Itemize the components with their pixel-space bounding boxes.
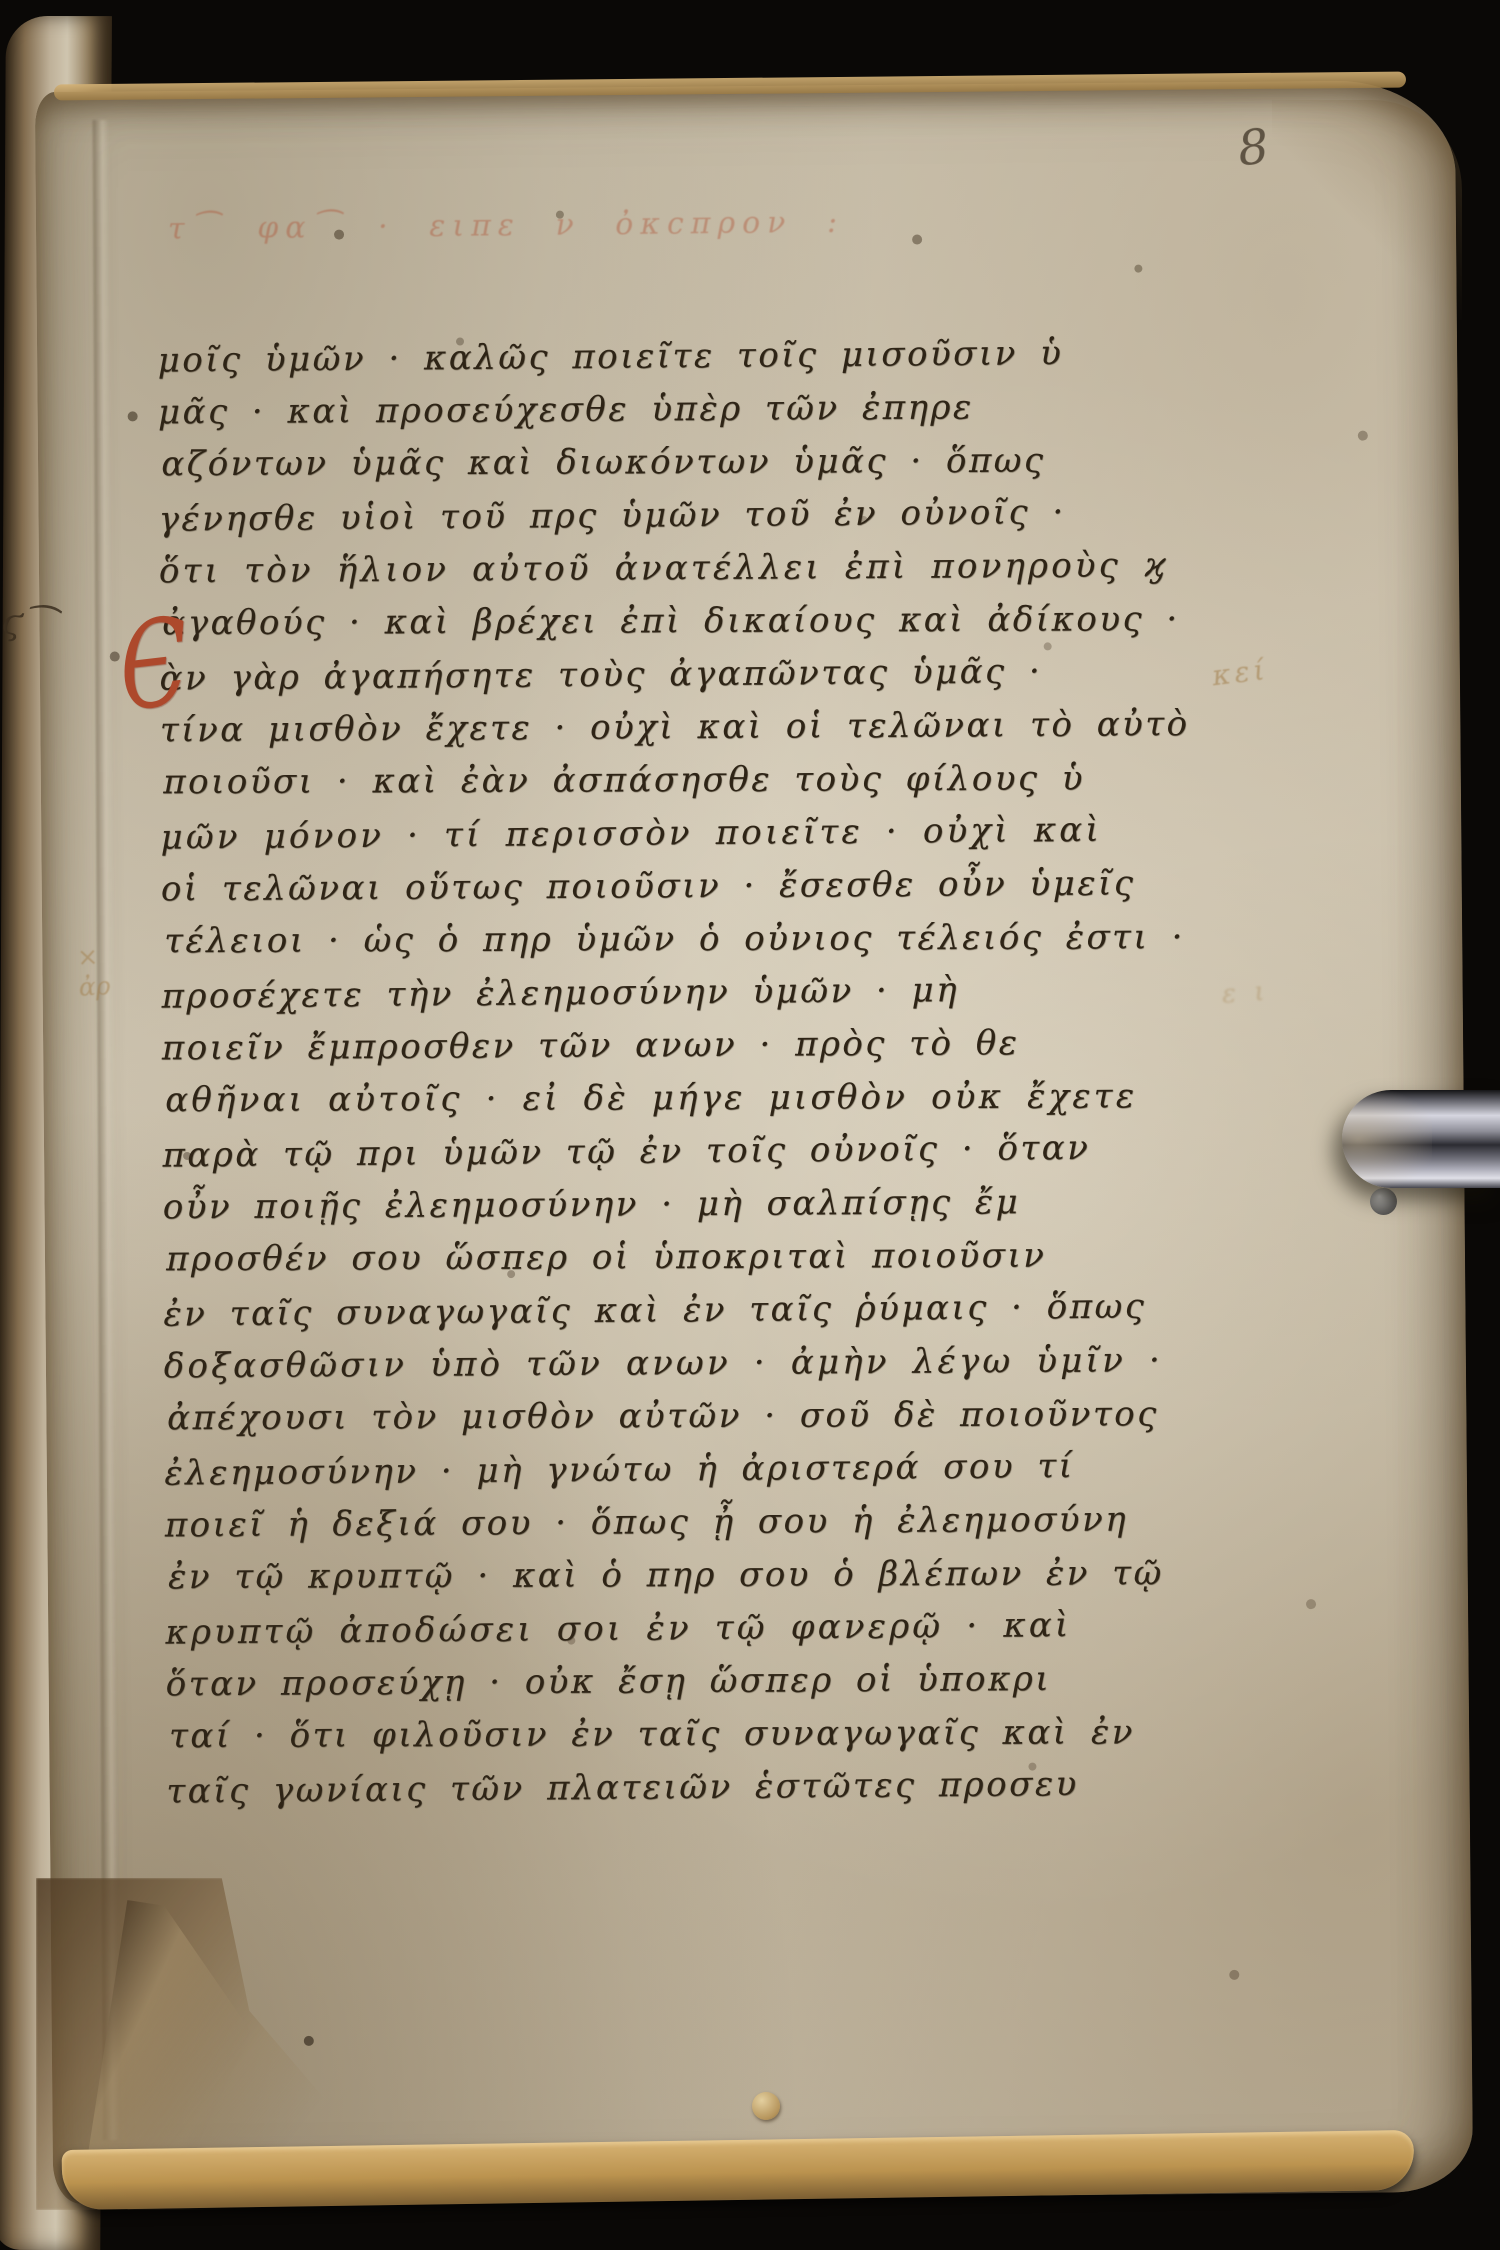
text-line: δοξασθῶσιν ὑπὸ τῶν ανων · ἀμὴν λέγω ὑμῖν… [164, 1334, 1284, 1394]
text-line: ταῖς γωνίαις τῶν πλατειῶν ἑστῶτες προσευ [166, 1756, 1286, 1818]
text-line: αζόντων ὑμᾶς καὶ διωκόντων ὑμᾶς · ὅπως [161, 434, 1281, 491]
text-line: προσθέν σου ὥσπερ οἱ ὑποκριταὶ ποιοῦσιν [166, 1229, 1286, 1286]
glass-rod-tip [1342, 1090, 1432, 1188]
left-marginal-note: × ἀρ [76, 941, 111, 1003]
folio-number: 8 [1235, 119, 1271, 178]
text-line: ποιεῖν ἔμπροσθεν τῶν ανων · πρὸς τὸ θε [162, 1016, 1282, 1076]
text-line: κρυπτῷ ἀποδώσει σοι ἐν τῷ φανερῷ · καὶ [165, 1597, 1285, 1659]
ink-specks [35, 92, 41, 98]
text-line: οἱ τελῶναι οὕτως ποιοῦσιν · ἔσεσθε οὖν ὑ… [161, 857, 1281, 917]
text-line: ἐλεημοσύνην · μὴ γνώτω ἡ ἀριστερά σου τί [164, 1438, 1284, 1500]
text-line: ταί · ὅτι φιλοῦσιν ἐν ταῖς συναγωγαῖς κα… [169, 1706, 1289, 1763]
text-line: μῶν μόνον · τί περισσὸν ποιεῖτε · οὐχὶ κ… [160, 802, 1280, 864]
text-line: ἐν ταῖς συναγωγαῖς καὶ ἐν ταῖς ῥύμαις · … [163, 1279, 1283, 1341]
manuscript-photo: { "colors":{ "background":"#0a0806", "pa… [0, 0, 1500, 2250]
text-line: αθῆναι αὐτοῖς · εἰ δὲ μήγε μισθὸν οὐκ ἔχ… [165, 1070, 1285, 1127]
text-line: παρὰ τῷ πρι ὑμῶν τῷ ἐν τοῖς οὐνοῖς · ὅτα… [162, 1120, 1282, 1182]
text-line: ἐν τῷ κρυπτῷ · καὶ ὁ πηρ σου ὁ βλέπων ἐν… [168, 1547, 1288, 1604]
right-marginal-note-lower: ε ι [1221, 976, 1270, 1009]
text-line: ἀπέχουσι τὸν μισθὸν αὐτῶν · σοῦ δὲ ποιοῦ… [167, 1388, 1287, 1445]
text-line: γένησθε υἱοὶ τοῦ πρς ὑμῶν τοῦ ἐν οὐνοῖς … [158, 484, 1278, 546]
text-line: τέλειοι · ὡς ὁ πηρ ὑμῶν ὁ οὐνιος τέλειός… [164, 911, 1284, 968]
text-line: μοῖς ὑμῶν · καλῶς ποιεῖτε τοῖς μισοῦσιν … [157, 325, 1277, 387]
text-line: ποιεῖ ἡ δεξιά σου · ὅπως ᾖ σου ἡ ἐλεημοσ… [165, 1493, 1285, 1553]
metal-stud [1370, 1188, 1397, 1215]
text-line: ὰν γὰρ ἀγαπήσητε τοὺς ἀγαπῶντας ὑμᾶς · [159, 643, 1279, 705]
text-line: ποιοῦσι · καὶ ἐὰν ἀσπάσησθε τοὺς φίλους … [163, 752, 1283, 809]
quire-mark: ϛ⁀ [0, 601, 54, 648]
text-line: ἀγαθούς · καὶ βρέχει ἐπὶ δικαίους καὶ ἀδ… [162, 593, 1282, 650]
text-line: προσέχετε τὴν ἐλεημοσύνην ὑμῶν · μὴ [161, 961, 1281, 1023]
wax-drop [752, 2092, 780, 2120]
top-right-corner-fold [1272, 100, 1462, 320]
main-text-block: μοῖς ὑμῶν · καλῶς ποιεῖτε τοῖς μισοῦσιν … [157, 327, 1286, 1818]
right-marginal-note-upper: κεί [1210, 653, 1270, 693]
text-line: ὅταν προσεύχῃ · οὐκ ἔσῃ ὥσπερ οἱ ὑποκρι [166, 1652, 1286, 1712]
text-line: οὖν ποιῇς ἐλεημοσύνην · μὴ σαλπίσῃς ἔμ [163, 1175, 1283, 1235]
text-line: μᾶς · καὶ προσεύχεσθε ὑπὲρ τῶν ἐπηρε [158, 380, 1278, 440]
text-line: τίνα μισθὸν ἔχετε · οὐχὶ καὶ οἱ τελῶναι … [160, 698, 1280, 758]
text-line: ὅτι τὸν ἥλιον αὐτοῦ ἀνατέλλει ἐπὶ πονηρο… [159, 539, 1279, 599]
rubricated-initial: Є [116, 602, 191, 730]
